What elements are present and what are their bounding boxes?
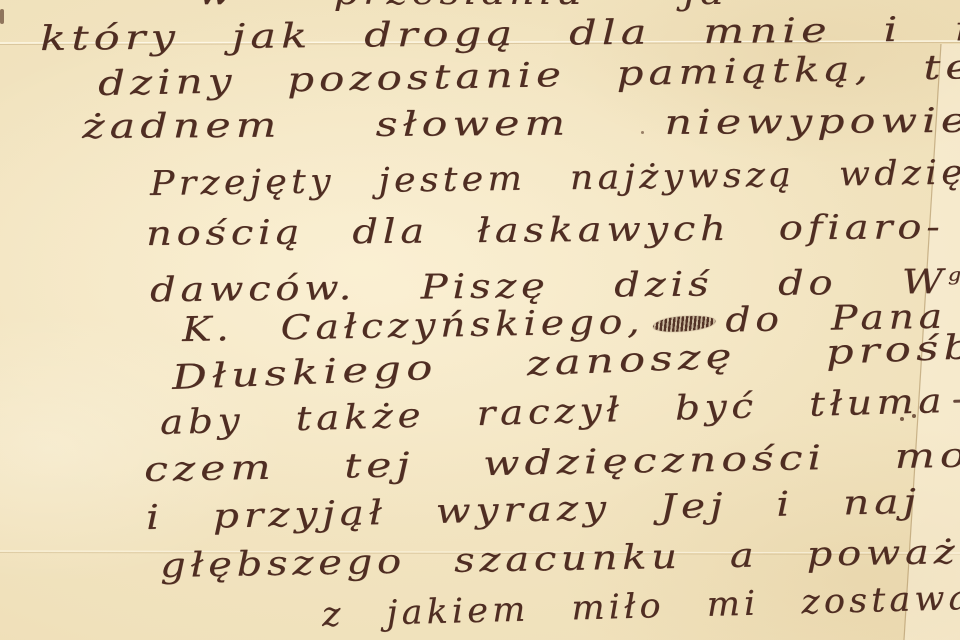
handwritten-line: czem tej wdzięczności mojéj xyxy=(144,434,960,490)
letter-page: w przesłaniu ja który jak drogą dla mnie… xyxy=(0,0,960,640)
scribbled-out-word xyxy=(653,313,717,333)
handwritten-line: nością dla łaskawych ofiaro- xyxy=(146,207,945,254)
handwritten-line: Przejęty jestem najżywszą wdzięcz xyxy=(150,152,960,204)
ink-speck xyxy=(641,131,644,134)
ink-speck xyxy=(0,9,4,24)
ink-speck xyxy=(912,414,916,418)
pen-flourish-stroke xyxy=(953,398,960,403)
handwritten-line: z jakiem miło mi zostawać xyxy=(321,577,960,635)
handwritten-line: żadnem słowem niewypowiem. xyxy=(82,100,960,147)
handwritten-line: i przyjął wyrazy Jej i naj xyxy=(146,482,922,538)
handwritten-line: głębszego szacunku a poważania xyxy=(160,530,960,586)
superscript-abbreviation: go xyxy=(948,265,960,285)
handwritten-line: w przesłaniu ja xyxy=(198,0,728,13)
ink-speck xyxy=(900,417,904,421)
